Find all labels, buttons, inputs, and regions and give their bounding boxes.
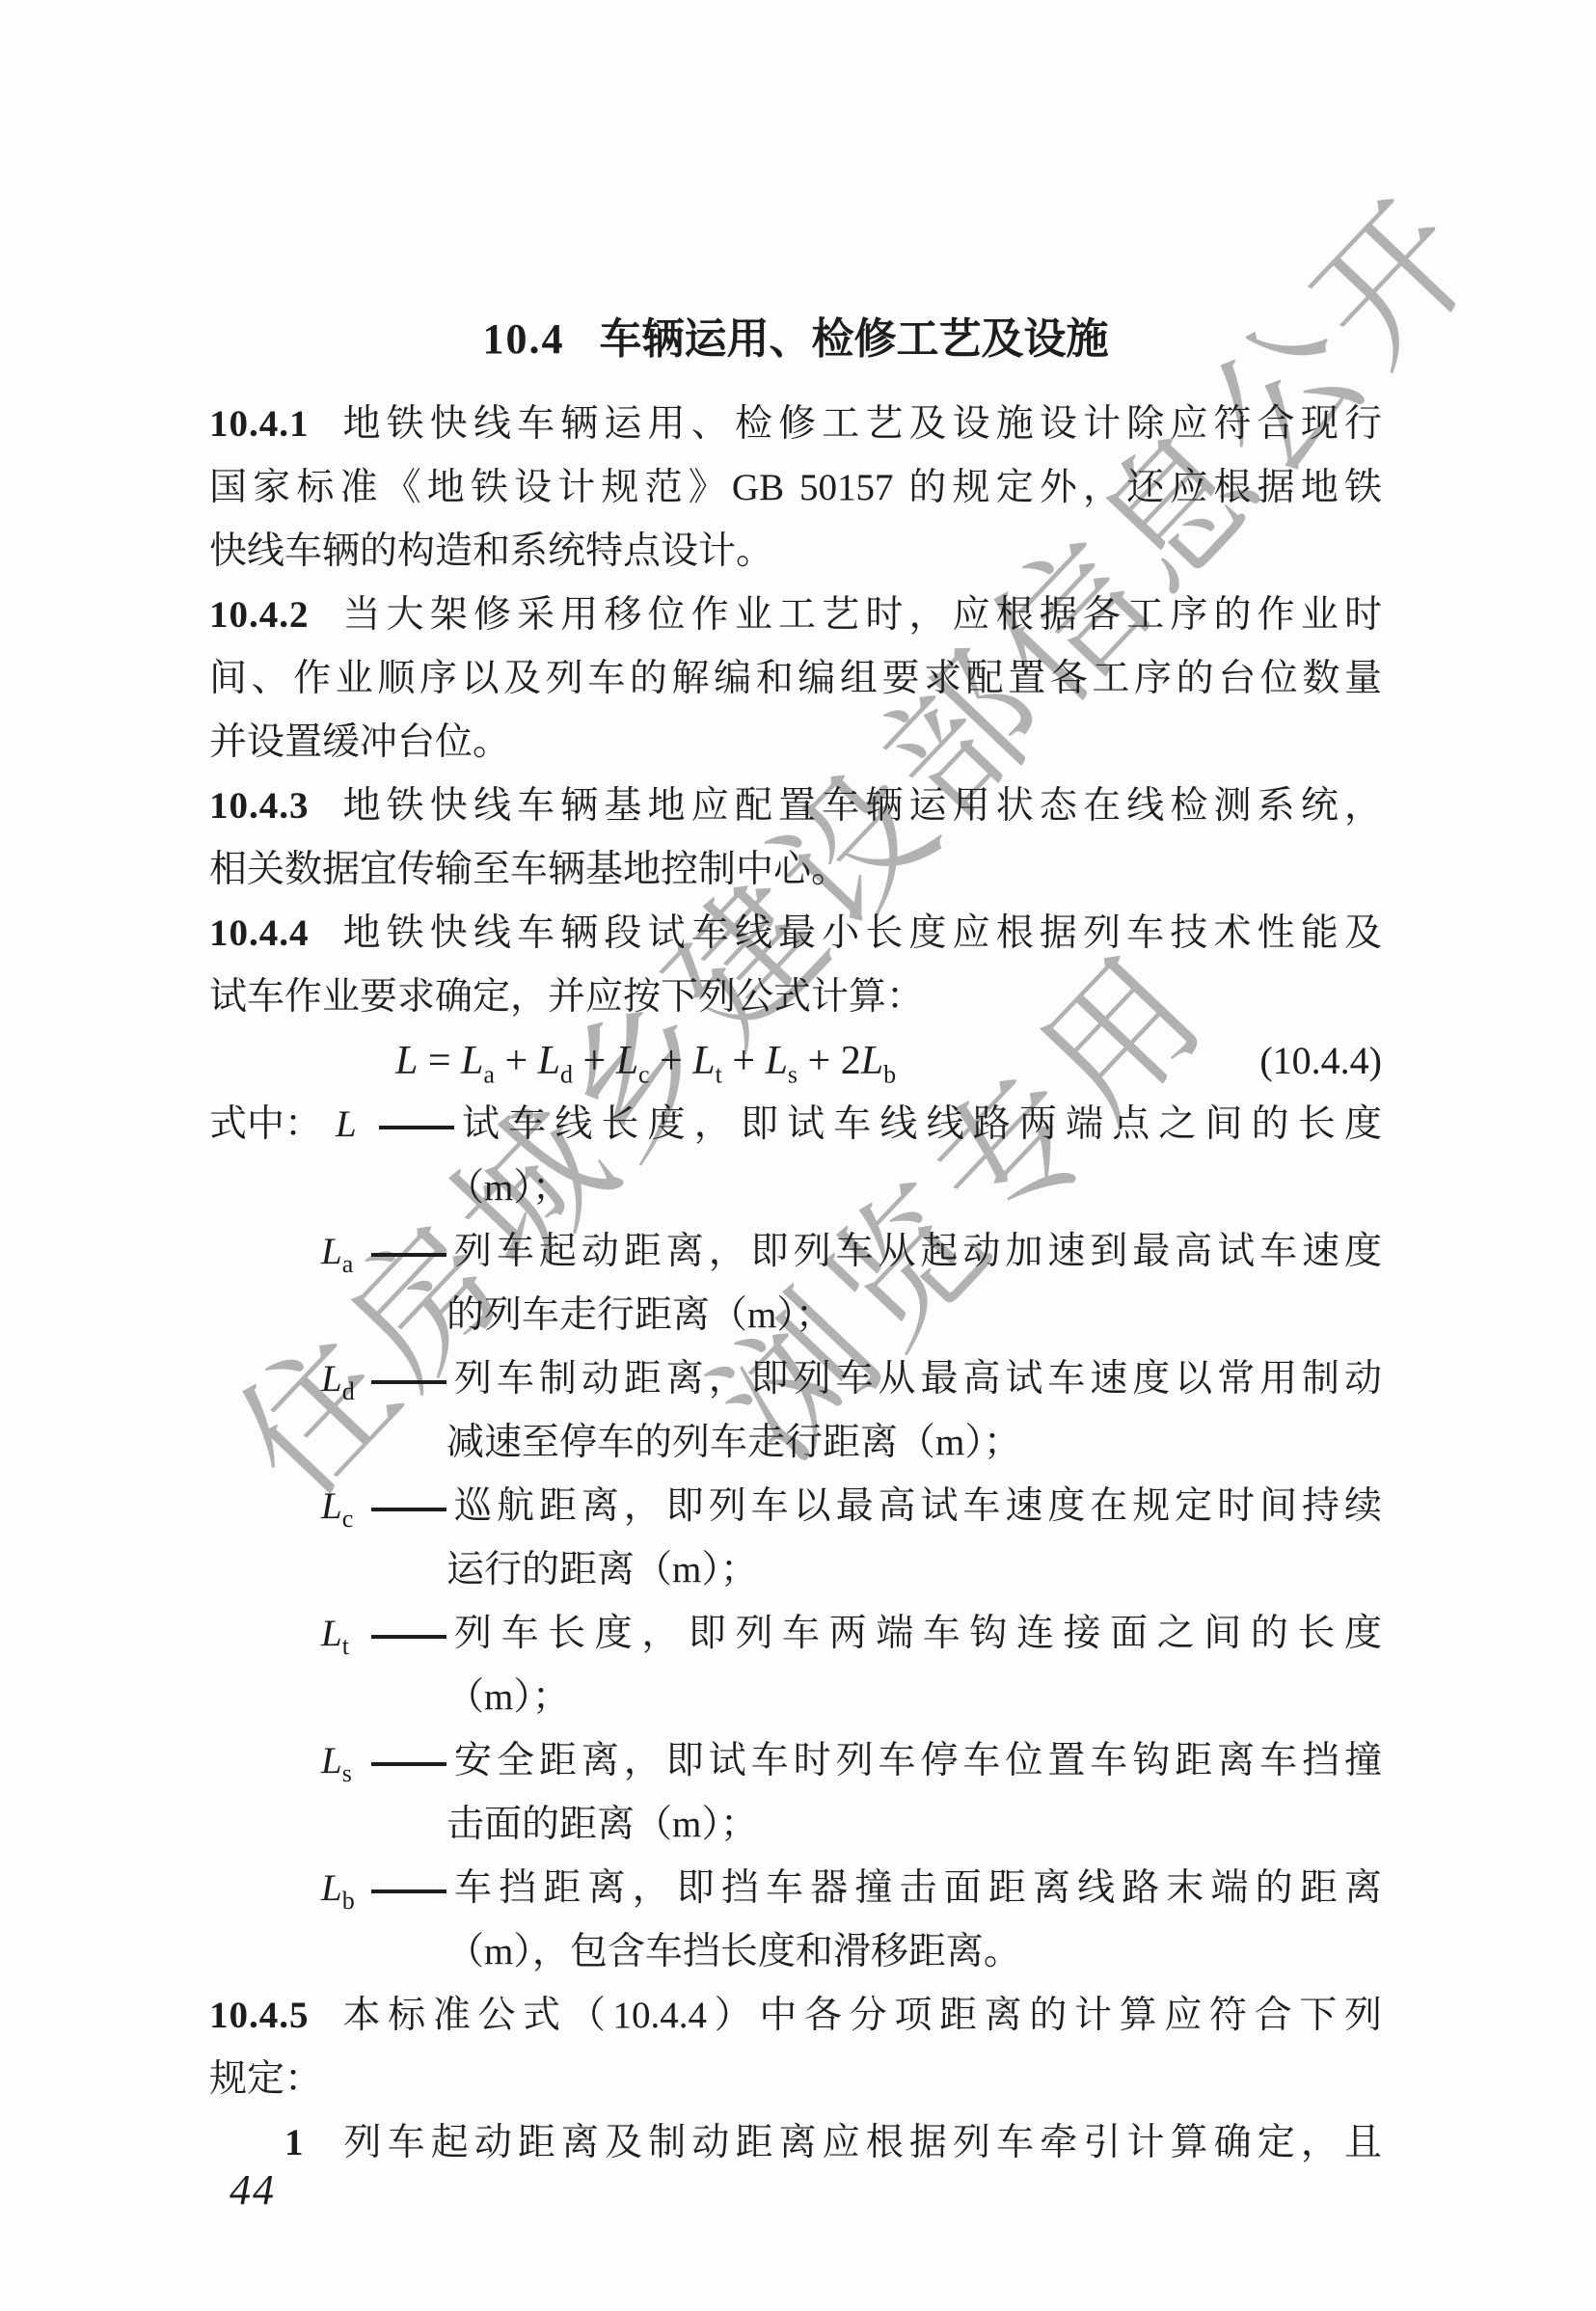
continuation-indent bbox=[209, 1920, 446, 1984]
paragraph-text: 间、作业顺序以及列车的解编和编组要求配置各工序的台位数量 bbox=[209, 647, 1382, 711]
numbered-clause-line: 1列车起动距离及制动距离应根据列车牵引计算确定，且 bbox=[209, 2111, 1382, 2175]
paragraph-text: 列车起动距离及制动距离应根据列车牵引计算确定，且 bbox=[344, 2111, 1383, 2175]
where-line: 式中：L试车线长度，即试车线线路两端点之间的长度 bbox=[209, 1093, 1382, 1156]
section-title-number: 10.4 bbox=[483, 315, 565, 363]
formula-expression: L = La + Ld + Lc + Lt + Ls + 2Lb bbox=[395, 1029, 896, 1093]
definition-continuation-line: （m），包含车挡长度和滑移距离。 bbox=[209, 1920, 1382, 1984]
symbol-Lc: Lc bbox=[321, 1475, 371, 1538]
body-line: 间、作业顺序以及列车的解编和编组要求配置各工序的台位数量 bbox=[209, 647, 1382, 711]
definition-text: 击面的距离（m）； bbox=[446, 1793, 1382, 1857]
clause-number: 1 bbox=[284, 2111, 304, 2175]
definition-indent bbox=[209, 1729, 321, 1793]
paragraph-text: 地铁快线车辆运用、检修工艺及设施设计除应符合现行 bbox=[343, 393, 1383, 456]
definition-dash bbox=[371, 1380, 446, 1384]
section-paragraph-line: 10.4.3地铁快线车辆基地应配置车辆运用状态在线检测系统， bbox=[209, 775, 1382, 838]
clause-number: 10.4.2 bbox=[209, 584, 310, 647]
body-line: 相关数据宜传输至车辆基地控制中心。 bbox=[209, 838, 1382, 902]
continuation-indent bbox=[209, 1284, 446, 1347]
body-line: 快线车辆的构造和系统特点设计。 bbox=[209, 520, 1382, 584]
definition-continuation-line: 的列车走行距离（m）； bbox=[209, 1284, 1382, 1347]
symbol-L: L bbox=[336, 1093, 379, 1156]
definition-indent bbox=[209, 1602, 321, 1666]
paragraph-text: 相关数据宜传输至车辆基地控制中心。 bbox=[209, 838, 1382, 902]
formula-spacer bbox=[209, 1029, 395, 1093]
definition-text: 的列车走行距离（m）； bbox=[446, 1284, 1382, 1347]
definition-line: Ld列车制动距离，即列车从最高试车速度以常用制动 bbox=[209, 1347, 1382, 1411]
symbol-Lt: Lt bbox=[321, 1602, 371, 1666]
continuation-indent bbox=[209, 1156, 446, 1220]
formula-line: L = La + Ld + Lc + Lt + Ls + 2Lb(10.4.4) bbox=[209, 1029, 1382, 1093]
definition-continuation-line: 运行的距离（m）； bbox=[209, 1538, 1382, 1602]
where-prefix: 式中： bbox=[209, 1093, 336, 1156]
definition-continuation-line: 减速至停车的列车走行距离（m）； bbox=[209, 1411, 1382, 1475]
paragraph-text: 规定： bbox=[209, 2048, 1382, 2111]
definition-text: 列车起动距离，即列车从起动加速到最高试车速度 bbox=[454, 1220, 1382, 1284]
definition-line: Lc巡航距离，即列车以最高试车速度在规定时间持续 bbox=[209, 1475, 1382, 1538]
definition-text: （m），包含车挡长度和滑移距离。 bbox=[446, 1920, 1382, 1984]
definition-line: Ls安全距离，即试车时列车停车位置车钩距离车挡撞 bbox=[209, 1729, 1382, 1793]
section-paragraph-line: 10.4.4地铁快线车辆段试车线最小长度应根据列车技术性能及 bbox=[209, 902, 1382, 965]
definition-dash bbox=[371, 1635, 446, 1639]
definition-line: La列车起动距离，即列车从起动加速到最高试车速度 bbox=[209, 1220, 1382, 1284]
page-number: 44 bbox=[230, 2165, 276, 2215]
paragraph-text: 本标准公式（10.4.4）中各分项距离的计算应符合下列 bbox=[343, 1984, 1383, 2048]
body-line: 试车作业要求确定，并应按下列公式计算： bbox=[209, 965, 1382, 1029]
body-line: 国家标准《地铁设计规范》GB 50157 的规定外，还应根据地铁 bbox=[209, 456, 1382, 520]
definition-text: 运行的距离（m）； bbox=[446, 1538, 1382, 1602]
section-paragraph-line: 10.4.2当大架修采用移位作业工艺时，应根据各工序的作业时 bbox=[209, 584, 1382, 647]
definition-text: 列车制动距离，即列车从最高试车速度以常用制动 bbox=[454, 1347, 1382, 1411]
definition-dash bbox=[379, 1126, 454, 1129]
definition-indent bbox=[209, 1220, 321, 1284]
paragraph-text: 快线车辆的构造和系统特点设计。 bbox=[209, 520, 1382, 584]
definition-text: （m）； bbox=[446, 1666, 1382, 1729]
symbol-Ld: Ld bbox=[321, 1347, 371, 1411]
continuation-indent bbox=[209, 1411, 446, 1475]
paragraph-text: 试车作业要求确定，并应按下列公式计算： bbox=[209, 965, 1382, 1029]
continuation-indent bbox=[209, 1666, 446, 1729]
document-page: 10.4车辆运用、检修工艺及设施 10.4.1地铁快线车辆运用、检修工艺及设施设… bbox=[209, 283, 1382, 2175]
definition-dash bbox=[371, 1508, 446, 1511]
paragraph-text: 国家标准《地铁设计规范》GB 50157 的规定外，还应根据地铁 bbox=[209, 456, 1382, 520]
continuation-indent bbox=[209, 1538, 446, 1602]
section-title-text: 车辆运用、检修工艺及设施 bbox=[600, 315, 1109, 363]
clause-number: 10.4.3 bbox=[209, 775, 310, 838]
definition-text: 车挡距离，即挡车器撞击面距离线路末端的距离 bbox=[454, 1857, 1382, 1920]
section-title: 10.4车辆运用、检修工艺及设施 bbox=[209, 311, 1382, 368]
definition-continuation-line: 击面的距离（m）； bbox=[209, 1793, 1382, 1857]
paragraph-text: 地铁快线车辆基地应配置车辆运用状态在线检测系统， bbox=[343, 775, 1383, 838]
continuation-indent bbox=[209, 1793, 446, 1857]
equation-number: (10.4.4) bbox=[1259, 1029, 1382, 1093]
definition-text: 试车线长度，即试车线线路两端点之间的长度 bbox=[462, 1093, 1382, 1156]
definition-indent bbox=[209, 1475, 321, 1538]
definition-dash bbox=[371, 1762, 446, 1766]
definition-text: 列车长度，即列车两端车钩连接面之间的长度 bbox=[454, 1602, 1382, 1666]
definition-text: 减速至停车的列车走行距离（m）； bbox=[446, 1411, 1382, 1475]
symbol-Lb: Lb bbox=[321, 1857, 371, 1920]
definition-indent bbox=[209, 1347, 321, 1411]
definition-continuation-line: （m）； bbox=[209, 1666, 1382, 1729]
definition-text: （m）； bbox=[446, 1156, 1382, 1220]
definition-indent bbox=[209, 1857, 321, 1920]
body-line: 并设置缓冲台位。 bbox=[209, 711, 1382, 775]
symbol-Ls: Ls bbox=[321, 1729, 371, 1793]
paragraph-text: 当大架修采用移位作业工艺时，应根据各工序的作业时 bbox=[343, 584, 1383, 647]
clause-number: 10.4.5 bbox=[209, 1984, 310, 2048]
symbol-La: La bbox=[321, 1220, 371, 1284]
paragraph-text: 并设置缓冲台位。 bbox=[209, 711, 1382, 775]
definition-dash bbox=[371, 1253, 446, 1257]
clause-number: 10.4.4 bbox=[209, 902, 310, 965]
paragraph-text: 地铁快线车辆段试车线最小长度应根据列车技术性能及 bbox=[343, 902, 1383, 965]
clause-number: 10.4.1 bbox=[209, 393, 310, 456]
section-paragraph-line: 10.4.5本标准公式（10.4.4）中各分项距离的计算应符合下列 bbox=[209, 1984, 1382, 2048]
text-block: 10.4.1地铁快线车辆运用、检修工艺及设施设计除应符合现行国家标准《地铁设计规… bbox=[209, 393, 1382, 2175]
definition-line: Lt列车长度，即列车两端车钩连接面之间的长度 bbox=[209, 1602, 1382, 1666]
definition-continuation-line: （m）； bbox=[209, 1156, 1382, 1220]
formula-gap bbox=[896, 1029, 1259, 1093]
definition-text: 安全距离，即试车时列车停车位置车钩距离车挡撞 bbox=[454, 1729, 1382, 1793]
section-paragraph-line: 10.4.1地铁快线车辆运用、检修工艺及设施设计除应符合现行 bbox=[209, 393, 1382, 456]
definition-dash bbox=[371, 1890, 446, 1893]
definition-text: 巡航距离，即列车以最高试车速度在规定时间持续 bbox=[454, 1475, 1382, 1538]
definition-line: Lb车挡距离，即挡车器撞击面距离线路末端的距离 bbox=[209, 1857, 1382, 1920]
body-line: 规定： bbox=[209, 2048, 1382, 2111]
